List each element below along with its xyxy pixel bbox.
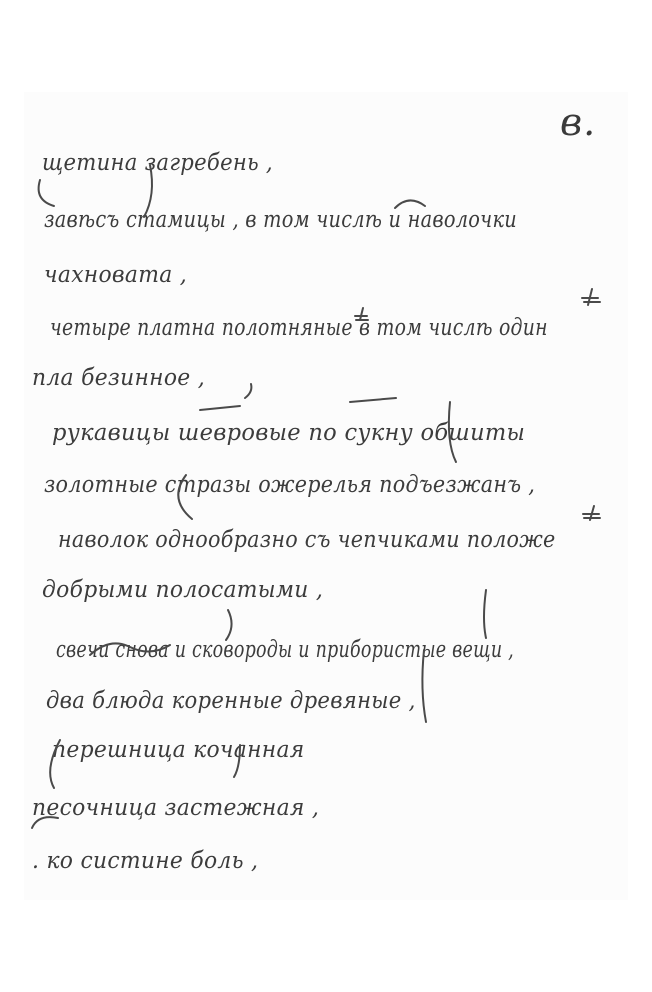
manuscript-line-1: щетина загребень ,	[42, 150, 273, 176]
manuscript-line-9: добрыми полосатыми ,	[42, 577, 323, 603]
manuscript-line-7: золотные стразы ожерелья подъезжанъ ,	[44, 472, 535, 498]
manuscript-line-3: чахновата ,	[44, 262, 187, 288]
manuscript-line-2: завѣсъ стамицы , в том числѣ и наволочки	[44, 207, 517, 233]
manuscript-line-10: свечи снова и сковороды и прибористые ве…	[56, 637, 514, 663]
manuscript-line-13: песочница застежная ,	[32, 795, 319, 821]
manuscript-line-11: два блюда коренные древяные ,	[46, 688, 416, 714]
manuscript-line-6: рукавицы шевровые по сукну обшиты	[52, 420, 525, 446]
manuscript-line-8: наволок однообразно съ чепчиками положе	[58, 527, 556, 553]
manuscript-line-4: четыре платна полотняные в том числѣ оди…	[50, 315, 548, 341]
manuscript-line-14: . ко систине боль ,	[32, 848, 258, 874]
manuscript-line-12: перешница кочанная	[52, 737, 305, 763]
manuscript-line-5: пла безинное ,	[32, 365, 205, 391]
folio-number: в.	[560, 100, 596, 144]
